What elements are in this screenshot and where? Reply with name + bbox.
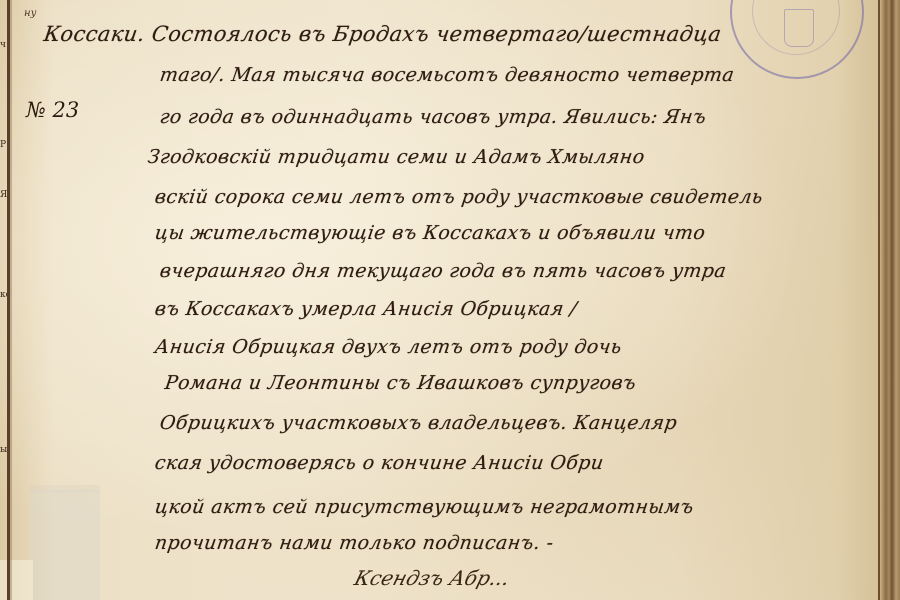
left-margin-notes: ч Р Я кс ы xyxy=(0,0,7,600)
text-line-2: таго/. Мая тысяча восемьсотъ девяносто ч… xyxy=(158,64,735,86)
text-line-11: Обрицкихъ участковыхъ владельцевъ. Канце… xyxy=(158,412,678,434)
margin-note: Р xyxy=(0,140,6,150)
signature: Ксендзъ Абр... xyxy=(352,566,513,590)
text-line-13: цкой актъ сей присутствующимъ неграмотны… xyxy=(153,496,695,518)
text-line-12: ская удостоверясь о кончине Анисіи Обри xyxy=(153,452,605,474)
text-line-6: цы жительствующіе въ Коссакахъ и объявил… xyxy=(153,222,706,244)
text-line-4: Згодковскій тридцати семи и Адамъ Хмылян… xyxy=(146,146,646,168)
text-line-14: прочитанъ нами только подписанъ. - xyxy=(153,532,555,554)
text-line-9: Анисія Обрицкая двухъ летъ отъ роду дочь xyxy=(153,336,623,358)
text-line-3: го года въ одиннадцать часовъ утра. Явил… xyxy=(158,106,707,128)
left-margin-rule xyxy=(7,0,10,600)
text-line-1: Коссаки. Состоялось въ Бродахъ четвертаг… xyxy=(42,22,723,46)
margin-prefix: ну xyxy=(24,8,36,19)
text-line-8: въ Коссакахъ умерла Анисія Обрицкая / xyxy=(153,298,578,320)
paper-stain xyxy=(30,490,100,600)
document-page: ч Р Я кс ы OEDNIUS SI ну № 23 Коссаки. С… xyxy=(0,0,900,600)
margin-note: ч xyxy=(0,40,6,50)
entry-number: № 23 xyxy=(26,98,79,122)
text-line-10: Романа и Леонтины съ Ивашковъ супруговъ xyxy=(163,372,637,394)
stamp-emblem-icon xyxy=(784,9,814,47)
ink-stamp: OEDNIUS SI xyxy=(730,0,864,79)
text-line-5: вскій сорока семи летъ отъ роду участков… xyxy=(153,186,764,208)
page-binding-edge xyxy=(880,0,900,600)
text-line-7: вчерашняго дня текущаго года въ пять час… xyxy=(158,260,727,282)
